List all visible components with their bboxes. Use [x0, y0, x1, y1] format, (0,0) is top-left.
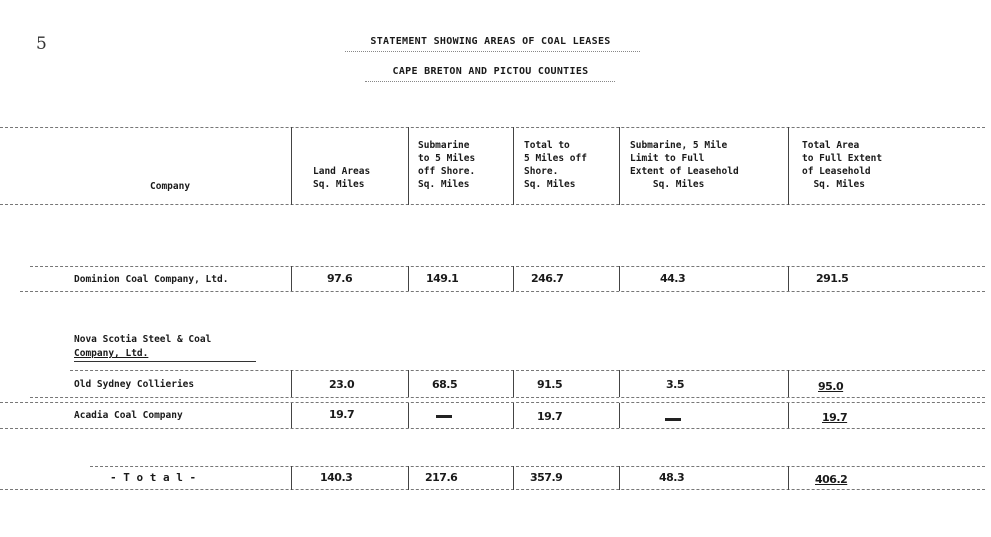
document-subtitle: CAPE BRETON AND PICTOU COUNTIES	[0, 66, 986, 77]
cell-divider	[619, 266, 620, 291]
cell-divider	[513, 370, 514, 397]
cell-divider	[619, 466, 620, 490]
title-underline	[345, 51, 640, 52]
cell-divider	[291, 370, 292, 397]
cell-divider	[788, 370, 789, 397]
header-top-rule	[0, 127, 985, 128]
col-divider	[513, 127, 514, 205]
col-divider	[291, 127, 292, 205]
cell-divider	[408, 266, 409, 291]
total-5mi: 246.7	[531, 272, 563, 285]
submarine-5mi: 217.6	[425, 471, 457, 484]
row-rule	[30, 397, 985, 398]
company-name: Old Sydney Collieries	[74, 378, 194, 391]
header-bottom-rule	[0, 204, 985, 205]
group-heading-line2: Company, Ltd.	[74, 347, 148, 360]
cell-divider	[788, 403, 789, 428]
row-rule	[70, 370, 985, 371]
header-total-full: Total Area to Full Extent of Leasehold S…	[802, 139, 882, 191]
row-rule	[30, 266, 985, 267]
land-area: 140.3	[320, 471, 352, 484]
cell-divider	[513, 266, 514, 291]
company-name: Acadia Coal Company	[74, 409, 183, 422]
row-rule	[0, 489, 985, 490]
header-submarine-full: Submarine, 5 Mile Limit to Full Extent o…	[630, 139, 739, 191]
header-company: Company	[150, 180, 190, 193]
header-land-areas: Land Areas Sq. Miles	[313, 165, 370, 191]
cell-divider	[291, 403, 292, 428]
cell-divider	[788, 466, 789, 490]
submarine-5mi: 68.5	[432, 378, 457, 391]
cell-divider	[513, 403, 514, 428]
empty-dash	[436, 415, 452, 418]
document-title: STATEMENT SHOWING AREAS OF COAL LEASES	[0, 36, 986, 47]
submarine-full: 3.5	[666, 378, 684, 391]
col-divider	[408, 127, 409, 205]
empty-dash	[665, 418, 681, 421]
header-submarine-5mi: Submarine to 5 Miles off Shore. Sq. Mile…	[418, 139, 475, 191]
company-name: Dominion Coal Company, Ltd.	[74, 273, 228, 286]
cell-divider	[619, 403, 620, 428]
submarine-full: 48.3	[659, 471, 684, 484]
cell-divider	[408, 466, 409, 490]
cell-divider	[291, 466, 292, 490]
total-full: 19.7	[822, 411, 847, 424]
submarine-5mi: 149.1	[426, 272, 458, 285]
row-rule	[90, 466, 985, 467]
submarine-full: 44.3	[660, 272, 685, 285]
col-divider	[788, 127, 789, 205]
total-full: 291.5	[816, 272, 848, 285]
cell-divider	[788, 266, 789, 291]
cell-divider	[619, 370, 620, 397]
group-heading-underline	[74, 361, 256, 362]
total-full: 406.2	[815, 473, 847, 486]
header-total-5mi: Total to 5 Miles off Shore. Sq. Miles	[524, 139, 587, 191]
group-heading-line1: Nova Scotia Steel & Coal	[74, 333, 211, 346]
total-5mi: 357.9	[530, 471, 562, 484]
land-area: 97.6	[327, 272, 352, 285]
cell-divider	[291, 266, 292, 291]
row-rule	[0, 428, 985, 429]
row-rule	[0, 402, 985, 403]
land-area: 23.0	[329, 378, 354, 391]
subtitle-underline	[365, 81, 615, 82]
total-label: - T o t a l -	[110, 471, 196, 484]
cell-divider	[408, 370, 409, 397]
cell-divider	[408, 403, 409, 428]
total-5mi: 91.5	[537, 378, 562, 391]
total-5mi: 19.7	[537, 410, 562, 423]
cell-divider	[513, 466, 514, 490]
row-rule	[20, 291, 985, 292]
total-full: 95.0	[818, 380, 843, 393]
land-area: 19.7	[329, 408, 354, 421]
col-divider	[619, 127, 620, 205]
